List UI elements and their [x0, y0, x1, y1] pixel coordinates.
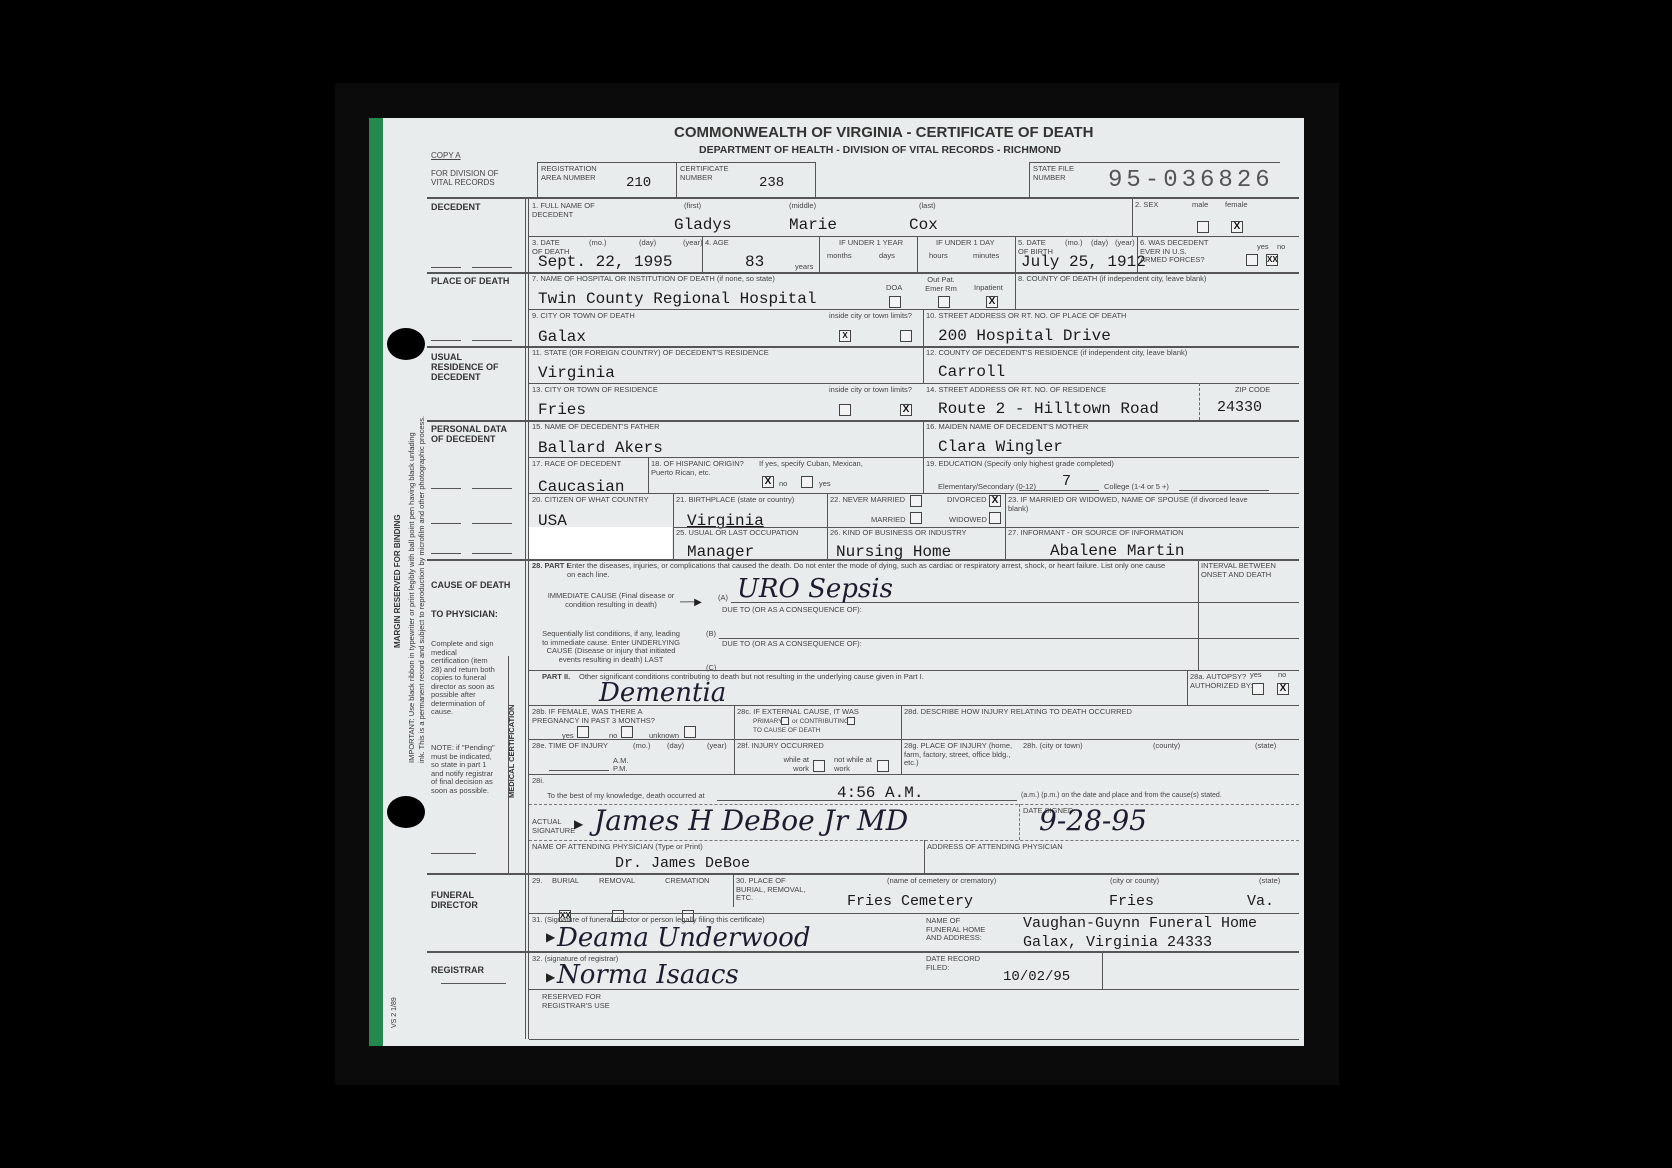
death-certificate: MARGIN RESERVED FOR BINDING IMPORTANT: U… [369, 118, 1304, 1046]
residence-city: Fries [538, 401, 586, 419]
residence-street: Route 2 - Hilltown Road [938, 400, 1159, 418]
for-division-label: FOR DIVISION OF VITAL RECORDS [431, 170, 511, 187]
physician-instructions: Complete and sign medical certification … [431, 640, 495, 717]
physician-signature: James H DeBoe Jr MD [594, 804, 908, 837]
father-name: Ballard Akers [538, 439, 663, 457]
cemetery-name: Fries Cemetery [847, 893, 973, 910]
middle-name: Marie [789, 216, 837, 234]
mother-maiden-name: Clara Wingler [938, 438, 1063, 456]
residence-inside-limits-no[interactable]: X [900, 404, 912, 416]
registration-area-number: 210 [626, 175, 651, 191]
autopsy-no-checkbox[interactable]: X [1277, 683, 1289, 695]
injury-while-at-work-checkbox[interactable] [813, 760, 825, 772]
redacted-field [529, 527, 672, 559]
registration-area-box: REGISTRATION AREA NUMBER 210 [537, 162, 677, 198]
armed-forces-yes-checkbox[interactable] [1246, 254, 1258, 266]
date-of-birth: July 25, 1912 [1021, 253, 1146, 271]
burial-city: Fries [1109, 893, 1154, 910]
armed-forces-no-checkbox[interactable]: XX [1266, 254, 1278, 266]
registrar-signature: Norma Isaacs [557, 960, 739, 990]
pending-note: NOTE: if "Pending" must be indicated, so… [431, 744, 495, 795]
hispanic-yes-checkbox[interactable] [801, 476, 813, 488]
education-elementary: 7 [1062, 473, 1071, 490]
first-name: Gladys [674, 216, 732, 234]
residence-state: Virginia [538, 364, 615, 382]
age-years: 83 [745, 253, 764, 271]
residence-zip: 24330 [1217, 399, 1262, 416]
state-file-number: 95-036826 [1108, 167, 1274, 194]
section-cause-of-death: CAUSE OF DEATH [431, 580, 510, 590]
date-signed: 9-28-95 [1039, 804, 1147, 837]
date-record-filed: 10/02/95 [1003, 969, 1070, 985]
residence-county: Carroll [938, 363, 1005, 381]
punch-hole [387, 796, 425, 828]
date-of-death: Sept. 22, 1995 [538, 253, 672, 271]
residence-inside-limits-yes[interactable] [839, 404, 851, 416]
married-checkbox[interactable] [910, 512, 922, 524]
other-conditions: Dementia [599, 678, 726, 708]
inpatient-checkbox[interactable]: X [986, 296, 998, 308]
green-binding-strip [369, 118, 383, 1046]
doa-checkbox[interactable] [889, 296, 901, 308]
outpatient-checkbox[interactable] [938, 296, 950, 308]
section-decedent: DECEDENT [431, 202, 481, 212]
burial-state: Va. [1247, 893, 1274, 910]
physician-name: Dr. James DeBoe [615, 855, 750, 872]
certificate-number: 238 [759, 175, 784, 191]
sex-male-checkbox[interactable] [1197, 221, 1209, 233]
immediate-cause-a: URO Sepsis [737, 574, 893, 604]
primary-cause-checkbox[interactable] [781, 717, 789, 725]
to-physician-label: TO PHYSICIAN: [431, 609, 501, 619]
funeral-director-signature: Deama Underwood [557, 923, 810, 953]
city-of-death: Galax [538, 328, 586, 346]
section-place-of-death: PLACE OF DEATH [431, 276, 511, 286]
margin-important-2: ink. This is a permanent record and subj… [417, 416, 426, 763]
section-usual-residence: USUAL RESIDENCE OF DECEDENT [431, 352, 511, 382]
pregnancy-unknown-checkbox[interactable] [684, 726, 696, 738]
contributing-cause-checkbox[interactable] [847, 717, 855, 725]
page-subtitle: DEPARTMENT OF HEALTH - DIVISION OF VITAL… [699, 144, 1061, 156]
pregnancy-no-checkbox[interactable] [621, 726, 633, 738]
section-registrar: REGISTRAR [431, 965, 484, 975]
section-funeral-director: FUNERAL DIRECTOR [431, 890, 511, 910]
informant: Abalene Martin [1050, 542, 1184, 560]
form-code: VS 2 1/89 [391, 997, 398, 1028]
last-name: Cox [909, 216, 938, 234]
funeral-home-name: Vaughan-Guynn Funeral Home [1023, 915, 1257, 932]
sex-female-checkbox[interactable]: X [1231, 221, 1243, 233]
death-inside-limits-no[interactable] [900, 330, 912, 342]
never-married-checkbox[interactable] [910, 495, 922, 507]
punch-hole [387, 328, 425, 360]
funeral-home-address: Galax, Virginia 24333 [1023, 934, 1212, 951]
widowed-checkbox[interactable] [989, 512, 1001, 524]
page-title: COMMONWEALTH OF VIRGINIA - CERTIFICATE O… [674, 124, 1093, 141]
time-of-death: 4:56 A.M. [837, 784, 923, 802]
margin-binding-text: MARGIN RESERVED FOR BINDING [393, 514, 402, 648]
margin-important-1: IMPORTANT: Use black ribbon in typewrite… [407, 432, 416, 763]
death-inside-limits-yes[interactable]: X [839, 330, 851, 342]
autopsy-yes-checkbox[interactable] [1252, 683, 1264, 695]
injury-not-at-work-checkbox[interactable] [877, 760, 889, 772]
copy-label: COPY A [431, 152, 461, 161]
section-personal-data: PERSONAL DATA OF DECEDENT [431, 424, 511, 444]
state-file-box: STATE FILE NUMBER 95-036826 [1029, 162, 1280, 197]
street-of-death: 200 Hospital Drive [938, 327, 1111, 345]
divorced-checkbox[interactable]: X [989, 495, 1001, 507]
hospital-name: Twin County Regional Hospital [538, 290, 816, 308]
hispanic-no-checkbox[interactable]: X [762, 476, 774, 488]
pregnancy-yes-checkbox[interactable] [577, 726, 589, 738]
certificate-number-box: CERTIFICATE NUMBER 238 [676, 162, 816, 198]
